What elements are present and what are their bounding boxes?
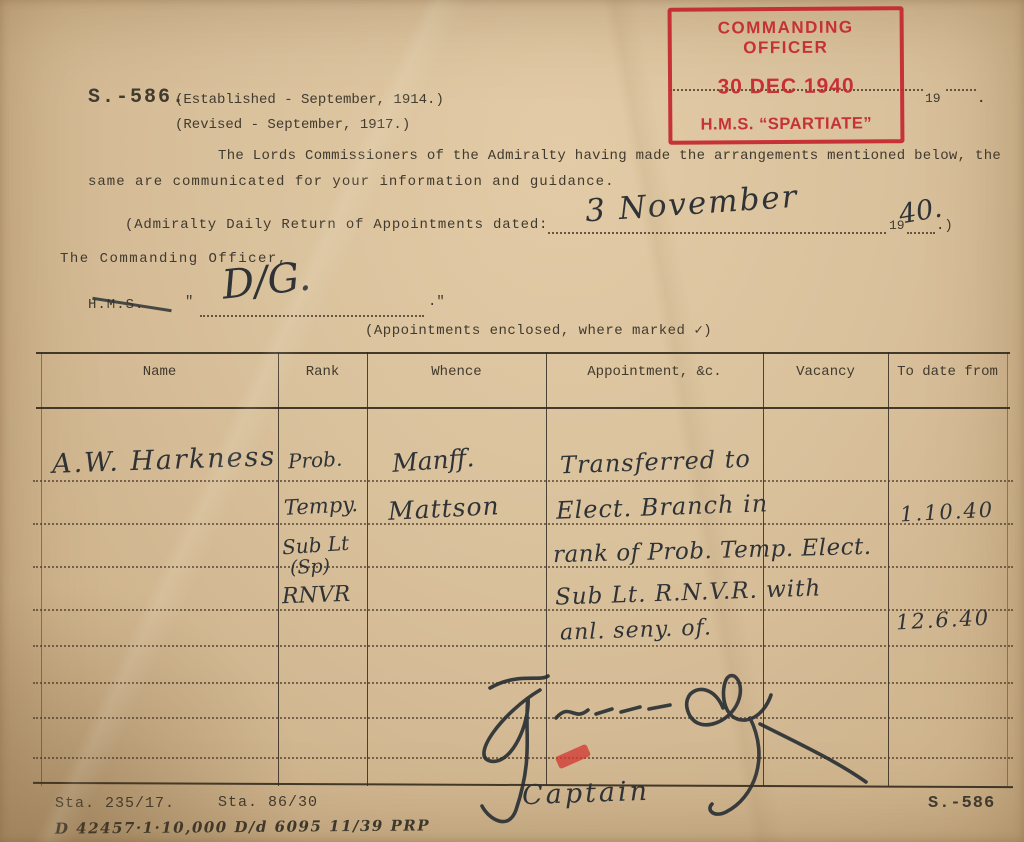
cell-appointment-line-3: rank of Prob. Temp. Elect. — [553, 534, 872, 568]
footer-print-code: D 42457·1·10,000 D/d 6095 11/39 PRP — [55, 816, 430, 837]
footer-sta-1: Sta. 235/17. — [55, 795, 175, 812]
year-line-end-dot: . — [977, 91, 985, 107]
cell-appointment-line-1: Transferred to — [560, 445, 752, 480]
cell-rank-line-5: RNVR — [282, 582, 351, 609]
cell-appointment-line-4: Sub Lt. R.N.V.R. with — [555, 575, 822, 610]
intro-line-1: The Lords Commissioners of the Admiralty… — [218, 148, 1001, 164]
row-rule — [33, 566, 1013, 568]
form-number: S.-586. — [88, 86, 186, 109]
dated-dotted-line-2 — [907, 232, 935, 234]
scanned-document: 19 . COMMANDING OFFICER 30 DEC 1940 H.M.… — [0, 0, 1024, 842]
stamp-date-line: 30 DEC 1940 — [678, 74, 894, 100]
col-header-to-date-from: To date from — [888, 364, 1007, 380]
table-divider-1 — [278, 352, 279, 786]
row-rule — [33, 523, 1013, 525]
intro-line-2: same are communicated for your informati… — [88, 174, 614, 190]
cell-appointment-line-5: anl. seny. of. — [560, 615, 713, 645]
cell-whence-line-1: Manff. — [391, 443, 475, 478]
cell-rank-line-4: (Sp) — [289, 555, 330, 579]
col-header-whence: Whence — [367, 364, 546, 380]
footer-sta-2: Sta. 86/30 — [218, 794, 318, 811]
stamp-unit-line: COMMANDING OFFICER — [678, 17, 894, 59]
table-header-underline — [36, 407, 1010, 409]
footer-form-number: S.-586 — [928, 794, 995, 813]
enclosed-note: (Appointments enclosed, where marked ✓) — [365, 322, 712, 339]
cell-name: A.W. Harkness — [52, 441, 277, 480]
dated-label: (Admiralty Daily Return of Appointments … — [125, 217, 548, 233]
ship-open-quote: " — [185, 294, 193, 310]
year-prefix: 19 — [925, 91, 941, 106]
col-header-rank: Rank — [278, 364, 367, 380]
established-note: (Established - September, 1914.) — [175, 92, 444, 108]
signature-title: Captain — [521, 776, 650, 811]
col-header-name: Name — [41, 364, 278, 380]
ship-dotted-line — [200, 315, 424, 317]
handwritten-ship-name: D/G. — [220, 253, 313, 308]
date-stamp: COMMANDING OFFICER 30 DEC 1940 H.M.S. “S… — [668, 6, 905, 145]
signature-scrawl — [418, 660, 888, 825]
table-divider-5 — [888, 352, 889, 786]
cell-whence-line-2: Mattson — [387, 491, 500, 526]
row-rule — [33, 645, 1013, 647]
cell-date-1: 1.10.40 — [899, 498, 994, 527]
ship-close-quote: ." — [428, 294, 445, 310]
revised-note: (Revised - September, 1917.) — [175, 117, 410, 133]
cell-date-2: 12.6.40 — [895, 606, 990, 635]
year-dotted-line-right — [946, 89, 976, 91]
table-border-right — [1007, 352, 1008, 786]
col-header-appointment: Appointment, &c. — [546, 364, 763, 380]
table-divider-2 — [367, 352, 368, 786]
table-top-border — [36, 352, 1010, 354]
col-header-vacancy: Vacancy — [763, 364, 888, 380]
handwritten-date: 3 November — [584, 179, 800, 230]
row-rule — [33, 609, 1013, 611]
cell-rank-line-1: Prob. — [287, 447, 342, 474]
cell-rank-line-2: Tempy. — [283, 492, 358, 520]
table-border-left — [41, 352, 42, 786]
stamp-ship-line: H.M.S. “SPARTIATE” — [678, 114, 894, 135]
dated-dotted-line — [548, 232, 886, 234]
cell-appointment-line-2: Elect. Branch in — [556, 489, 769, 524]
row-rule — [33, 480, 1013, 482]
